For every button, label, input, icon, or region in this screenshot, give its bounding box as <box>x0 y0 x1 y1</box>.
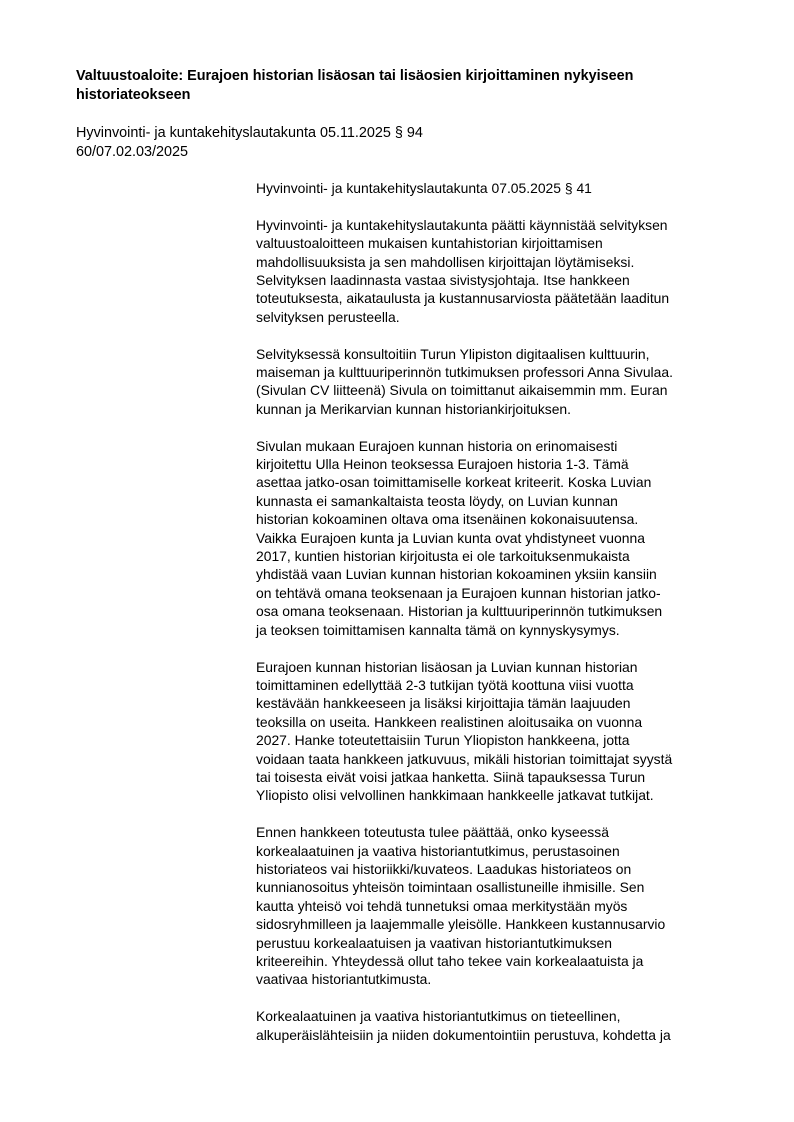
paragraph: Hyvinvointi- ja kuntakehityslautakunta p… <box>256 216 746 326</box>
paragraph: Korkealaatuinen ja vaativa historiantutk… <box>256 1007 746 1044</box>
document-meta: Hyvinvointi- ja kuntakehityslautakunta 0… <box>76 124 423 161</box>
paragraph: Ennen hankkeen toteutusta tulee päättää,… <box>256 823 746 989</box>
paragraph: Sivulan mukaan Eurajoen kunnan historia … <box>256 437 746 639</box>
paragraph: Selvityksessä konsultoitiin Turun Ylipis… <box>256 345 746 419</box>
document-title: Valtuustoaloite: Eurajoen historian lisä… <box>76 67 736 105</box>
section-heading: Hyvinvointi- ja kuntakehityslautakunta 0… <box>256 179 746 197</box>
document-body: Hyvinvointi- ja kuntakehityslautakunta 0… <box>256 179 746 1062</box>
case-number: 60/07.02.03/2025 <box>76 143 423 162</box>
paragraph: Eurajoen kunnan historian lisäosan ja Lu… <box>256 658 746 805</box>
meeting-reference: Hyvinvointi- ja kuntakehityslautakunta 0… <box>76 124 423 143</box>
